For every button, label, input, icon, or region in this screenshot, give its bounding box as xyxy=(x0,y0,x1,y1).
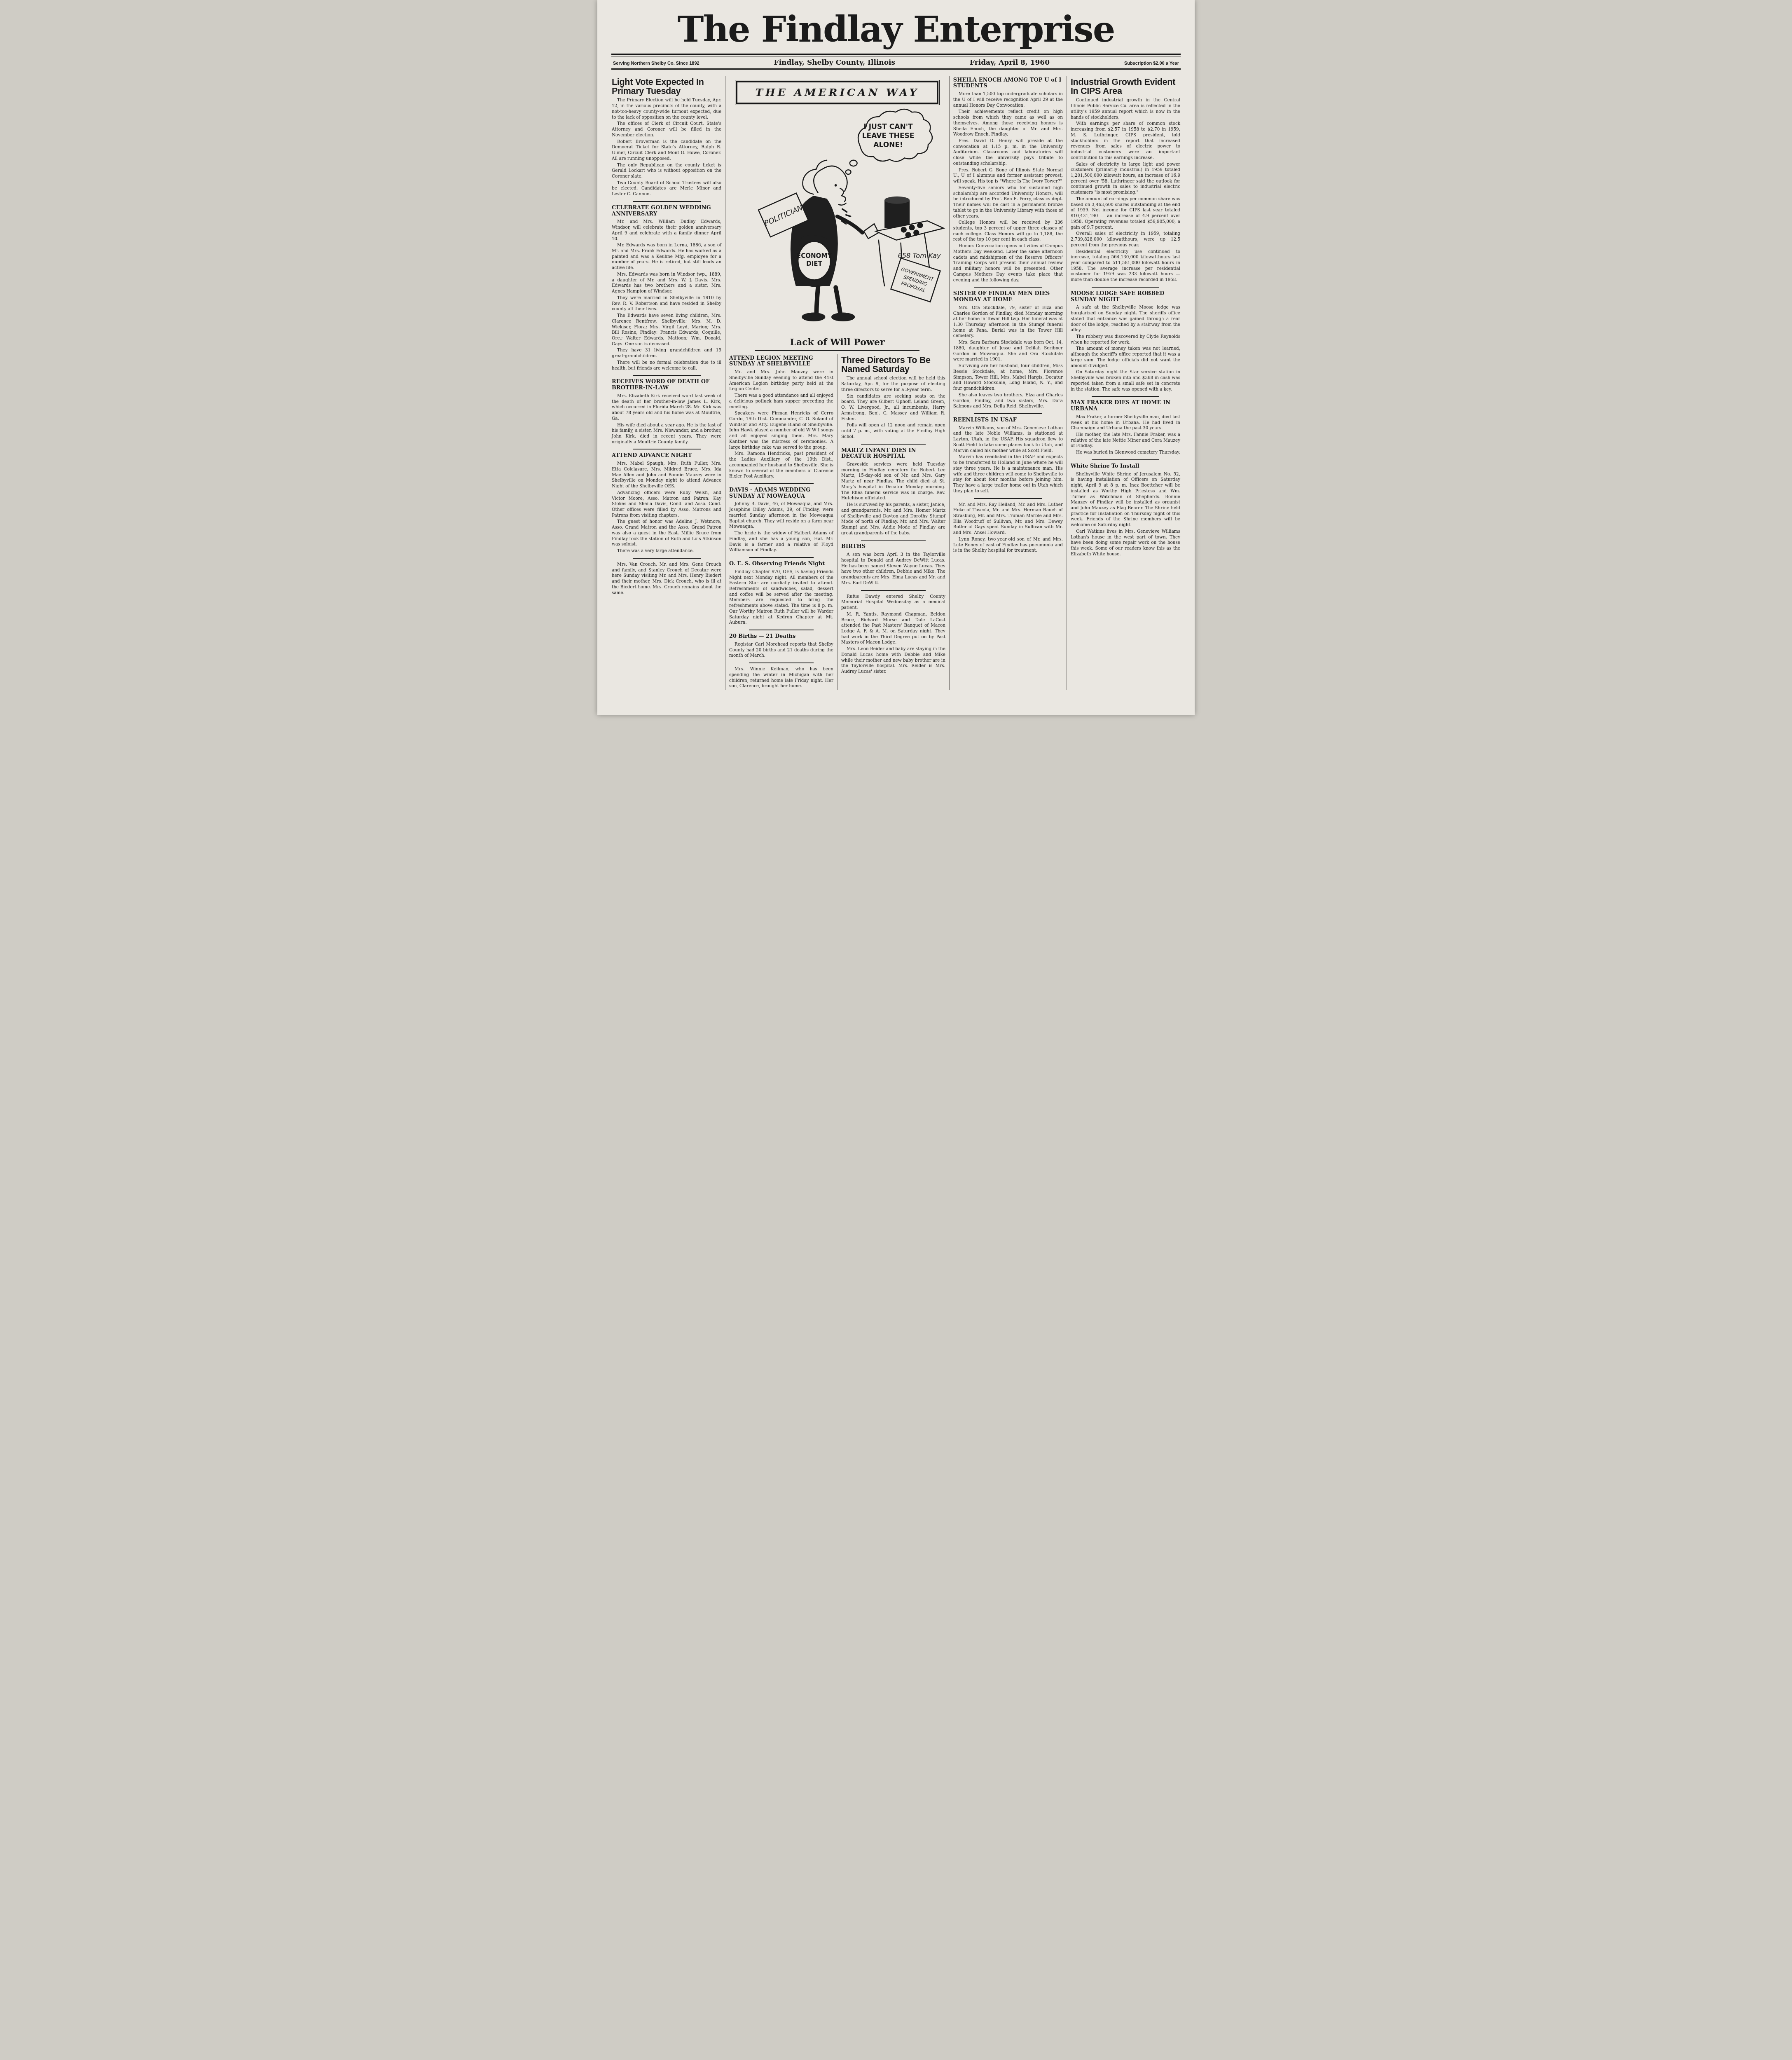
article-paragraph: Johnny B. Davis, 46, of Moweaqua, and Mr… xyxy=(729,501,833,530)
masthead-subscription: Subscription $2.00 a Year xyxy=(1124,61,1179,66)
cartoon-bottom-rule xyxy=(755,350,919,351)
article-paragraph: Max Fraker, a former Shelbyville man, di… xyxy=(1071,414,1180,431)
article: O. E. S. Observing Friends NightFindlay … xyxy=(729,561,833,626)
article-paragraph: The annual school election will be held … xyxy=(841,376,945,393)
article-paragraph: Residential electricity use continued to… xyxy=(1071,249,1180,283)
article-headline: ATTEND ADVANCE NIGHT xyxy=(612,453,721,459)
article: MARTZ INFANT DIES IN DECATUR HOSPITALGra… xyxy=(841,448,945,536)
article: BIRTHSA son was born April 3 in the Tayl… xyxy=(841,544,945,586)
column-wide: THE AMERICAN WAY I JUST CAN'T LEAVE THES… xyxy=(725,76,949,690)
article-paragraph: Mrs. Leon Reider and baby are staying in… xyxy=(841,646,945,675)
article-paragraph: Findlay Chapter 970, OES, is having Frie… xyxy=(729,569,833,626)
article-headline: Three Directors To Be Named Saturday xyxy=(841,356,945,374)
article: Industrial Growth Evident In CIPS AreaCo… xyxy=(1071,77,1180,283)
article-paragraph: Pres. Robert G. Bone of Illinois State N… xyxy=(953,168,1063,185)
article: DAVIS - ADAMS WEDDING SUNDAY AT MOWEAQUA… xyxy=(729,487,833,553)
svg-text:I JUST CAN'T: I JUST CAN'T xyxy=(864,123,913,131)
article-paragraph: Mr. and Mrs. William Dudley Edwards, Win… xyxy=(612,219,721,242)
article-paragraph: There will be no formal celebration due … xyxy=(612,360,721,371)
article-headline: Light Vote Expected In Primary Tuesday xyxy=(612,77,721,96)
article-separator xyxy=(974,413,1042,414)
article-paragraph: Marvin Williams, son of Mrs. Genevieve L… xyxy=(953,426,1063,454)
article-paragraph: They have 31 living grandchildren and 15… xyxy=(612,348,721,359)
article-paragraph: Their achievements reflect credit on hig… xyxy=(953,109,1063,138)
article-separator xyxy=(633,558,701,559)
column-2: ATTEND LEGION MEETING SUNDAY AT SHELBYVI… xyxy=(725,354,837,690)
svg-text:ALONE!: ALONE! xyxy=(873,140,903,149)
article: RECEIVES WORD OF DEATH OF BROTHER-IN-LAW… xyxy=(612,379,721,445)
article: Mr. and Mrs. Ray Heiland, Mr. and Mrs. L… xyxy=(953,502,1063,554)
article: Three Directors To Be Named SaturdayThe … xyxy=(841,356,945,440)
column-4: SHEILA ENOCH AMONG TOP U of I STUDENTSMo… xyxy=(949,76,1067,690)
article-paragraph: Robert Broverman is the candidate on the… xyxy=(612,139,721,162)
article: Light Vote Expected In Primary TuesdayTh… xyxy=(612,77,721,197)
article-headline: 20 Births — 21 Deaths xyxy=(729,634,833,640)
article-paragraph: Mrs. Ramona Hendricks, past president of… xyxy=(729,451,833,480)
article-paragraph: There was a very large attendance. xyxy=(612,548,721,554)
dessert-table-icon: GOVERNMENT SPENDING PROPOSAL xyxy=(876,196,944,302)
spending-proposal-paper-icon: GOVERNMENT SPENDING PROPOSAL xyxy=(891,258,940,302)
article-headline: MARTZ INFANT DIES IN DECATUR HOSPITAL xyxy=(841,448,945,460)
article: SISTER OF FINDLAY MEN DIES MONDAY AT HOM… xyxy=(953,291,1063,410)
article: SHEILA ENOCH AMONG TOP U of I STUDENTSMo… xyxy=(953,77,1063,283)
article-separator xyxy=(1092,396,1160,397)
article-paragraph: Polls will open at 12 noon and remain op… xyxy=(841,423,945,440)
article-paragraph: Mrs. Mabel Spaugh, Mrs. Ruth Fuller, Mrs… xyxy=(612,461,721,489)
article-paragraph: The guest of honor was Adeline J. Wetmor… xyxy=(612,519,721,548)
article-paragraph: Continued industrial growth in the Centr… xyxy=(1071,98,1180,120)
article-paragraph: Graveside services were held Tuesday mor… xyxy=(841,462,945,501)
article: REENLISTS IN USAFMarvin Williams, son of… xyxy=(953,417,1063,494)
column-1: Light Vote Expected In Primary TuesdayTh… xyxy=(608,76,725,690)
svg-text:LEAVE THESE: LEAVE THESE xyxy=(862,132,915,140)
article-paragraph: The Primary Election will be held Tuesda… xyxy=(612,98,721,120)
article-paragraph: College Honors will be received by 336 s… xyxy=(953,220,1063,243)
svg-text:ECONOMY: ECONOMY xyxy=(797,252,833,259)
article-paragraph: Carl Watkins lives in Mrs. Genevieve Wil… xyxy=(1071,529,1180,557)
article-headline: REENLISTS IN USAF xyxy=(953,417,1063,424)
article: Mrs. Winnie Keilman, who has been spendi… xyxy=(729,667,833,689)
article-separator xyxy=(1092,459,1160,460)
article-headline: SISTER OF FINDLAY MEN DIES MONDAY AT HOM… xyxy=(953,291,1063,303)
article-paragraph: Mr. Edwards was born in Lerna, 1886, a s… xyxy=(612,243,721,271)
article-separator xyxy=(633,449,701,449)
article-paragraph: Honors Convocation opens activities of C… xyxy=(953,243,1063,283)
article-paragraph: Marvin has reenlisted in the USAF and ex… xyxy=(953,454,1063,494)
article-paragraph: Rufus Dawdy entered Shelby County Memori… xyxy=(841,594,945,611)
cartoon-title: THE AMERICAN WAY xyxy=(756,87,919,98)
article: White Shrine To InstallShelbyville White… xyxy=(1071,463,1180,557)
article-paragraph: Registar Carl Morehead reports that Shel… xyxy=(729,642,833,659)
article-paragraph: There was a good attendance and all enjo… xyxy=(729,393,833,410)
editorial-cartoon: THE AMERICAN WAY I JUST CAN'T LEAVE THES… xyxy=(725,76,949,354)
article-paragraph: The amount of earnings per common share … xyxy=(1071,197,1180,230)
page-columns: Light Vote Expected In Primary TuesdayTh… xyxy=(597,71,1195,690)
article-paragraph: Mrs. Edwards was born in Windsor twp., 1… xyxy=(612,272,721,295)
article-separator xyxy=(974,287,1042,288)
article-paragraph: Seventy-five seniors who for sustained h… xyxy=(953,185,1063,219)
article-headline: Industrial Growth Evident In CIPS Area xyxy=(1071,77,1180,96)
article-paragraph: More than 1,500 top undergraduate schola… xyxy=(953,91,1063,108)
article: Rufus Dawdy entered Shelby County Memori… xyxy=(841,594,945,675)
article: ATTEND ADVANCE NIGHTMrs. Mabel Spaugh, M… xyxy=(612,453,721,554)
article-paragraph: She also leaves two brothers, Elza and C… xyxy=(953,393,1063,410)
article-paragraph: A son was born April 3 in the Taylorvill… xyxy=(841,552,945,586)
article: MOOSE LODGE SAFE ROBBED SUNDAY NIGHTA sa… xyxy=(1071,291,1180,392)
article-separator xyxy=(861,444,926,445)
article-headline: SHEILA ENOCH AMONG TOP U of I STUDENTS xyxy=(953,77,1063,89)
cartoon-title-box: THE AMERICAN WAY xyxy=(736,81,938,104)
article-paragraph: He is survived by his parents, a sister,… xyxy=(841,502,945,536)
cartoonist-signature: 658 Tom Kay xyxy=(898,251,941,259)
article-paragraph: A safe at the Shelbyville Moose lodge wa… xyxy=(1071,305,1180,333)
article-paragraph: The amount of money taken was not learne… xyxy=(1071,346,1180,369)
column-5: Industrial Growth Evident In CIPS AreaCo… xyxy=(1067,76,1184,690)
article-headline: ATTEND LEGION MEETING SUNDAY AT SHELBYVI… xyxy=(729,356,833,368)
article-paragraph: With earnings per share of common stock … xyxy=(1071,121,1180,161)
thought-bubble-icon: I JUST CAN'T LEAVE THESE ALONE! xyxy=(842,109,932,182)
masthead: The Findlay Enterprise Serving Northern … xyxy=(597,7,1195,71)
article: ATTEND LEGION MEETING SUNDAY AT SHELBYVI… xyxy=(729,356,833,480)
article-separator xyxy=(749,483,814,484)
article-headline: DAVIS - ADAMS WEDDING SUNDAY AT MOWEAQUA xyxy=(729,487,833,499)
politician-figure-icon: POLITICIAN ECONOMY DIET xyxy=(758,160,879,321)
article-paragraph: Two County Board of School Trustees will… xyxy=(612,180,721,197)
article-paragraph: Mrs. Ora Stockdale, 79, sister of Elza a… xyxy=(953,305,1063,339)
masthead-location: Findlay, Shelby County, Illinois xyxy=(774,59,896,67)
article-separator xyxy=(749,557,814,558)
article-paragraph: Mr. and Mrs. John Mauzey were in Shelbyv… xyxy=(729,370,833,392)
article: Mrs. Van Crouch, Mr. and Mrs. Gene Crouc… xyxy=(612,562,721,596)
article-paragraph: Surviving are her husband, four children… xyxy=(953,363,1063,392)
article-paragraph: On Saturday night the Star service stati… xyxy=(1071,370,1180,392)
article-paragraph: Shelbyville White Shrine of Jerusalem No… xyxy=(1071,472,1180,528)
article: 20 Births — 21 DeathsRegistar Carl Moreh… xyxy=(729,634,833,659)
article-headline: White Shrine To Install xyxy=(1071,463,1180,470)
article-paragraph: The robbery was discovered by Clyde Reyn… xyxy=(1071,334,1180,345)
article-headline: BIRTHS xyxy=(841,544,945,550)
article-paragraph: Overall sales of electricity in 1959, to… xyxy=(1071,231,1180,248)
article-paragraph: His wife died about a year ago. He is th… xyxy=(612,423,721,445)
article-separator xyxy=(633,201,701,202)
article-paragraph: They were married in Shelbyville in 1910… xyxy=(612,295,721,312)
article-paragraph: Advancing officers were Ruby Welsh, and … xyxy=(612,490,721,519)
article-paragraph: Six candidates are seeking seats on the … xyxy=(841,394,945,422)
svg-text:DIET: DIET xyxy=(806,260,822,267)
article-paragraph: Speakers were Firman Henricks of Cerro G… xyxy=(729,411,833,450)
masthead-rule-bottom xyxy=(611,68,1181,71)
article-separator xyxy=(974,498,1042,499)
article-separator xyxy=(861,590,926,591)
newspaper-title: The Findlay Enterprise xyxy=(611,12,1181,48)
article-paragraph: Mrs. Van Crouch, Mr. and Mrs. Gene Crouc… xyxy=(612,562,721,596)
article-paragraph: Mrs. Sara Barbara Stockdale was born Oct… xyxy=(953,340,1063,363)
wide-subcolumns: ATTEND LEGION MEETING SUNDAY AT SHELBYVI… xyxy=(725,354,949,690)
article-paragraph: His mother, the late Mrs. Fannie Fraker,… xyxy=(1071,432,1180,449)
article-paragraph: M. R. Yantis, Raymond Chapman, Beldon Br… xyxy=(841,612,945,646)
article-paragraph: Lynn Roney, two-year-old son of Mr. and … xyxy=(953,537,1063,554)
newspaper-page: The Findlay Enterprise Serving Northern … xyxy=(597,0,1195,715)
article-paragraph: The only Republican on the county ticket… xyxy=(612,163,721,180)
article: CELEBRATE GOLDEN WEDDING ANNIVERSARYMr. … xyxy=(612,205,721,372)
article-paragraph: The bride is the widow of Halbert Adams … xyxy=(729,531,833,553)
article-headline: CELEBRATE GOLDEN WEDDING ANNIVERSARY xyxy=(612,205,721,217)
article-paragraph: The offices of Clerk of Circuit Court, S… xyxy=(612,121,721,138)
article-paragraph: He was buried in Glenwood cemetery Thurs… xyxy=(1071,450,1180,456)
article-separator xyxy=(1092,287,1160,288)
dateline: Serving Northern Shelby Co. Since 1892 F… xyxy=(611,56,1181,68)
masthead-date: Friday, April 8, 1960 xyxy=(970,59,1050,67)
article-paragraph: The Edwards have seven living children, … xyxy=(612,313,721,347)
article-separator xyxy=(749,630,814,630)
article-paragraph: Pres. David D. Henry will preside at the… xyxy=(953,138,1063,167)
article-headline: RECEIVES WORD OF DEATH OF BROTHER-IN-LAW xyxy=(612,379,721,391)
column-3: Three Directors To Be Named SaturdayThe … xyxy=(837,354,949,690)
article-headline: MOOSE LODGE SAFE ROBBED SUNDAY NIGHT xyxy=(1071,291,1180,303)
article-paragraph: Sales of electricity to large light and … xyxy=(1071,162,1180,196)
article-paragraph: Mrs. Winnie Keilman, who has been spendi… xyxy=(729,667,833,689)
article-separator xyxy=(749,662,814,663)
article-separator xyxy=(633,375,701,376)
cartoon-drawing: I JUST CAN'T LEAVE THESE ALONE! xyxy=(730,105,953,336)
article: MAX FRAKER DIES AT HOME IN URBANAMax Fra… xyxy=(1071,400,1180,456)
article-paragraph: Mrs. Elizabeth Kirk received word last w… xyxy=(612,393,721,422)
article-headline: O. E. S. Observing Friends Night xyxy=(729,561,833,567)
masthead-rule-top xyxy=(611,54,1181,56)
cartoon-caption: Lack of Will Power xyxy=(730,337,944,348)
article-headline: MAX FRAKER DIES AT HOME IN URBANA xyxy=(1071,400,1180,412)
masthead-tagline: Serving Northern Shelby Co. Since 1892 xyxy=(613,61,699,66)
article-paragraph: Mr. and Mrs. Ray Heiland, Mr. and Mrs. L… xyxy=(953,502,1063,536)
article-separator xyxy=(861,540,926,541)
